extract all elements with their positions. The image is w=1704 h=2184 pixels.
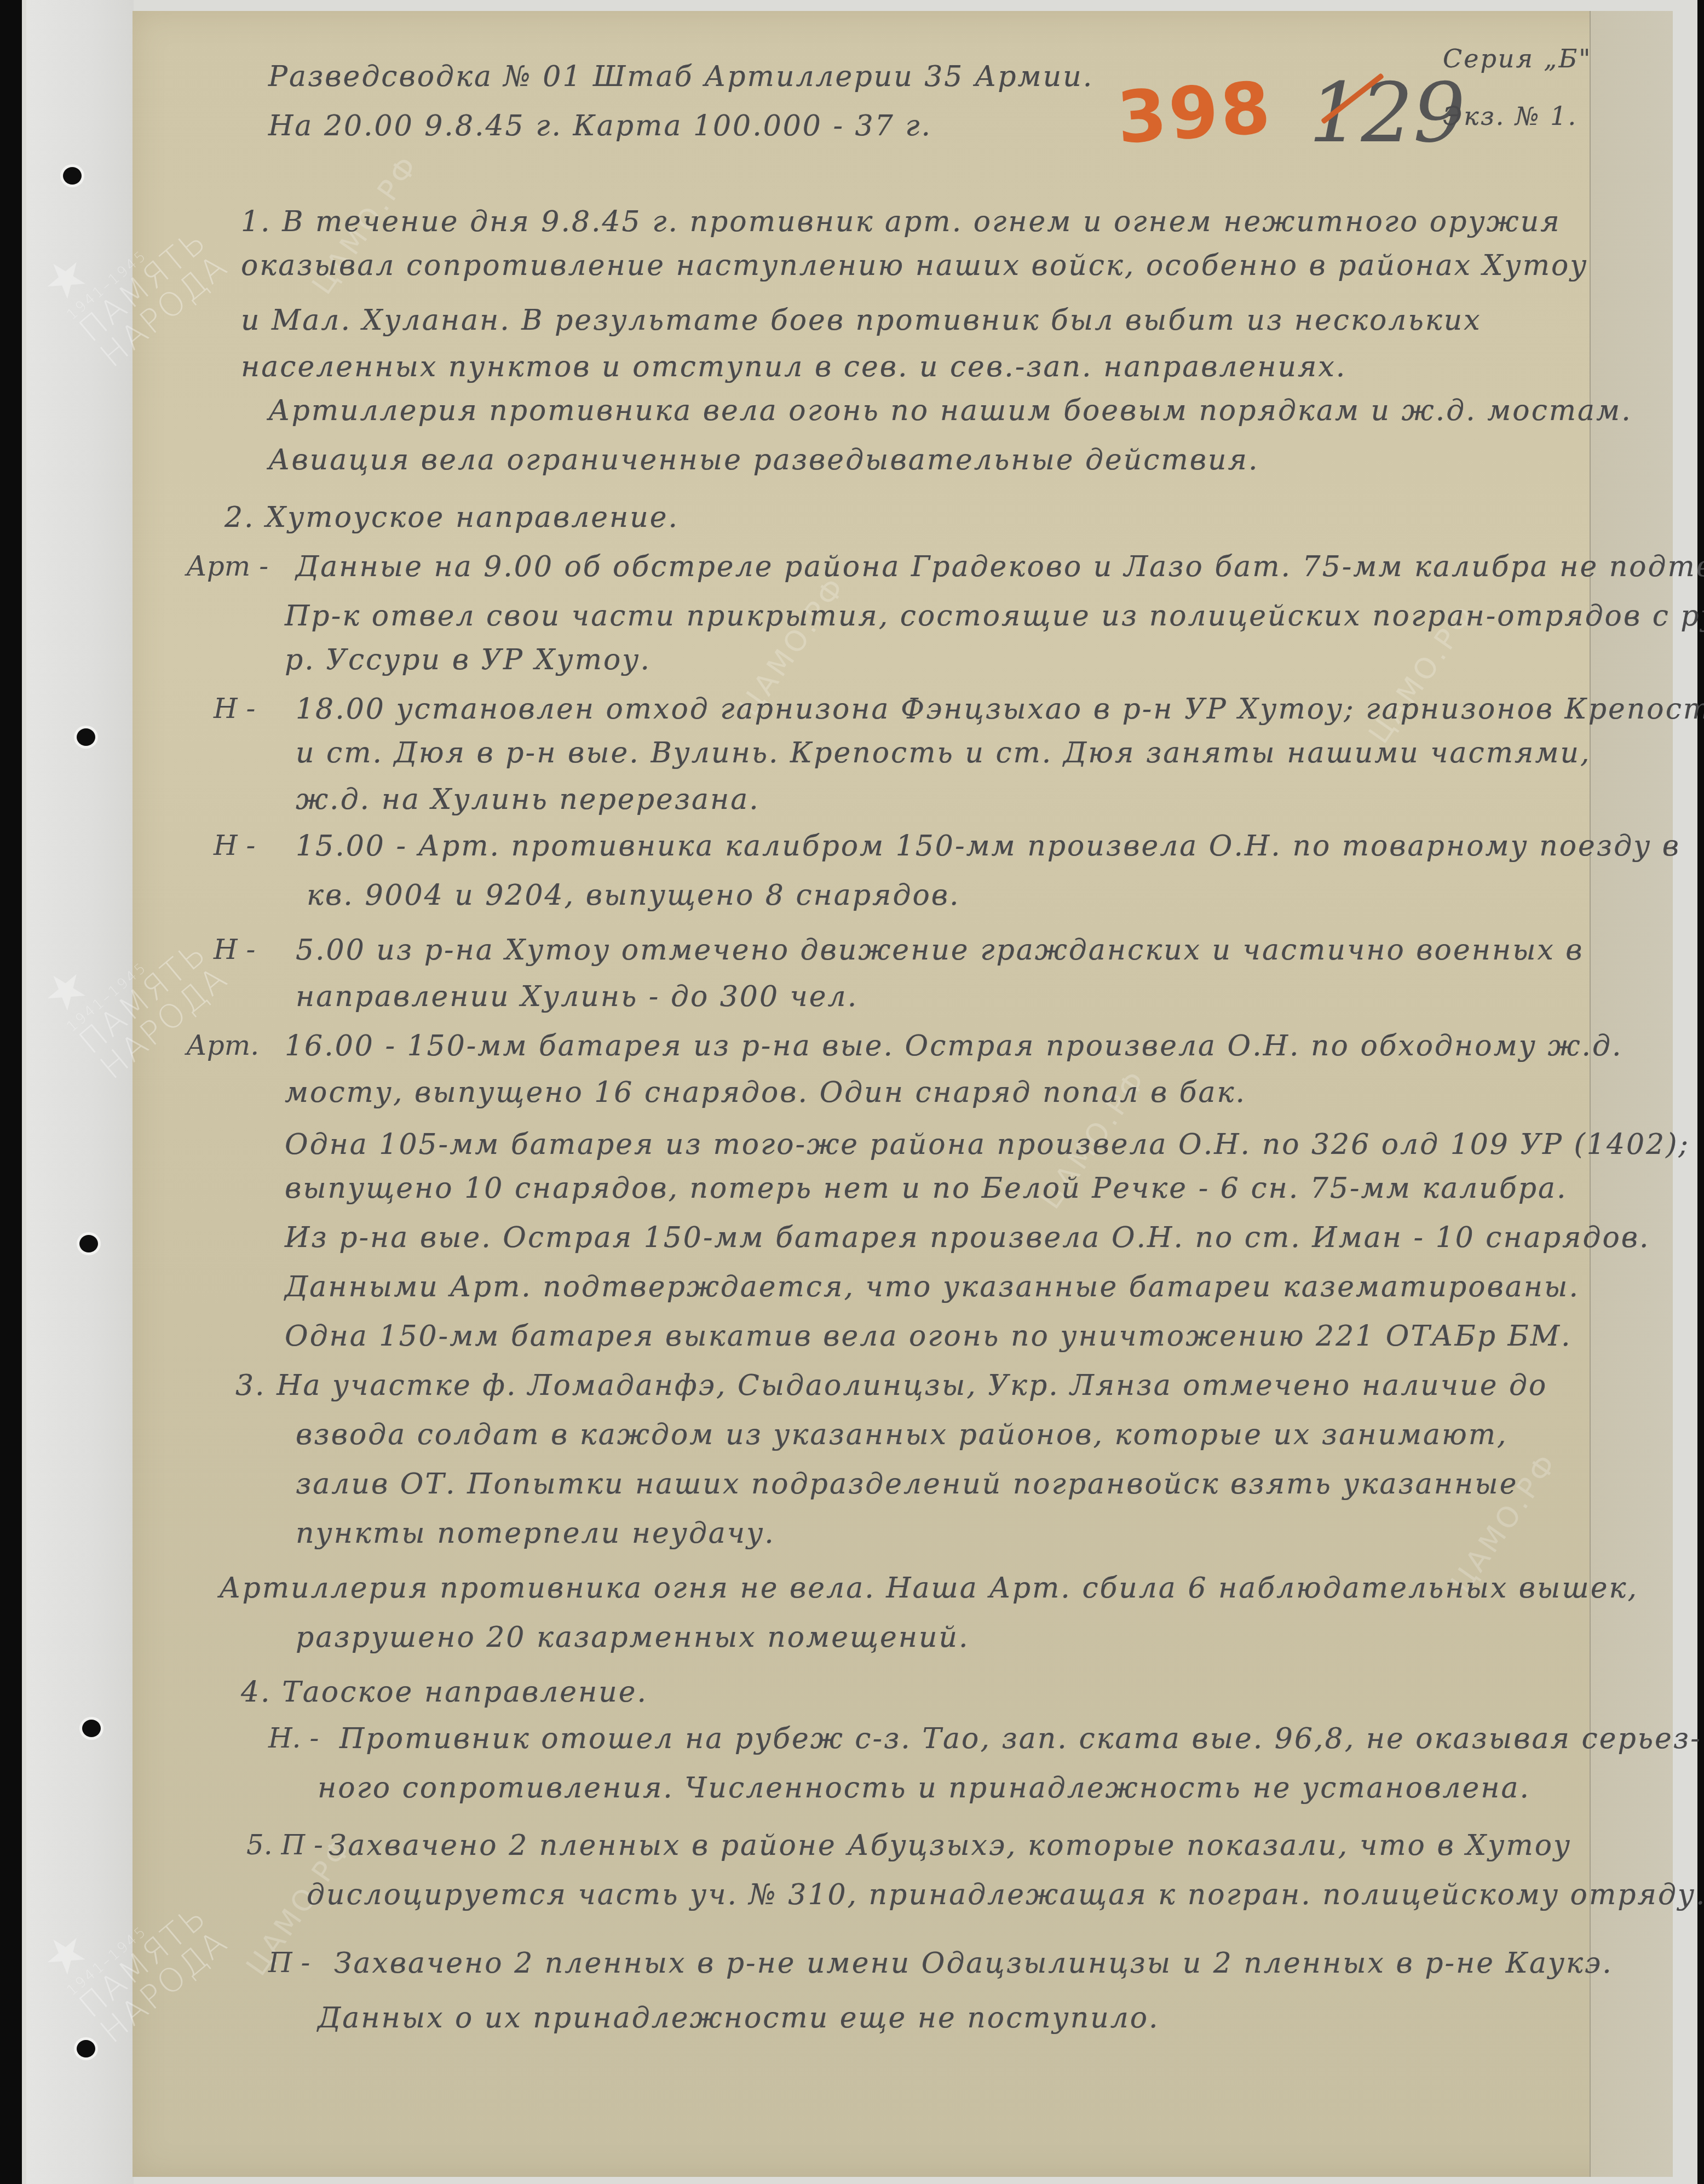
entry-line: дислоцируется часть уч. № 310, принадлеж…	[307, 1878, 1704, 1911]
entry-line: Противник отошел на рубеж с-з. Тао, зап.…	[339, 1722, 1702, 1755]
entry-marker: 5. П -	[246, 1829, 323, 1861]
entry-line: Данные на 9.00 об обстреле района Градек…	[296, 550, 1704, 583]
s1-line: 1. В течение дня 9.8.45 г. противник арт…	[241, 205, 1561, 238]
punch-hole	[77, 2040, 95, 2057]
entry-line: и ст. Дюя в р-н вые. Вулинь. Крепость и …	[296, 737, 1591, 769]
punch-hole	[79, 1235, 98, 1252]
s3-line: пункты потерпели неудачу.	[296, 1517, 775, 1550]
s1-line: оказывал сопротивление наступлению наших…	[241, 249, 1588, 282]
s4-heading: 4. Таоское направление.	[241, 1676, 648, 1709]
s3-line: разрушено 20 казарменных помещений.	[296, 1621, 970, 1654]
entry-line: Одна 150-мм батарея выкатив вела огонь п…	[285, 1320, 1572, 1353]
punch-hole	[63, 167, 82, 185]
s1-line: Авиация вела ограниченные разведывательн…	[268, 444, 1259, 476]
entry-line: Пр-к отвел свои части прикрытия, состоящ…	[285, 600, 1704, 633]
entry-line: р. Уссури в УР Хутоу.	[285, 643, 651, 676]
entry-line: выпущено 10 снарядов, потерь нет и по Бе…	[285, 1172, 1568, 1205]
copy-number: Экз. № 1.	[1443, 101, 1578, 131]
entry-line: ного сопротивления. Численность и принад…	[318, 1772, 1530, 1804]
page-fold-edge	[1590, 11, 1673, 2177]
series-label: Серия „Б"	[1443, 44, 1592, 73]
s1-line: и Мал. Хуланан. В результате боев против…	[241, 304, 1482, 337]
entry-marker: Н -	[214, 830, 255, 861]
s1-line: Артиллерия противника вела огонь по наши…	[268, 394, 1632, 427]
punch-hole	[82, 1720, 101, 1737]
document-subtitle: На 20.00 9.8.45 г. Карта 100.000 - 37 г.	[268, 110, 932, 142]
entry-line: кв. 9004 и 9204, выпущено 8 снарядов.	[307, 879, 960, 912]
entry-line: Из р-на вые. Острая 150-мм батарея произ…	[285, 1221, 1650, 1254]
entry-line: мосту, выпущено 16 снарядов. Один снаряд…	[285, 1076, 1246, 1109]
entry-marker: П -	[268, 1947, 310, 1979]
entry-line: ж.д. на Хулинь перерезана.	[296, 783, 760, 816]
entry-line: Одна 105-мм батарея из того-же района пр…	[285, 1128, 1690, 1161]
entry-line: Захвачено 2 пленных в р-не имени Одацзыл…	[334, 1947, 1613, 1980]
entry-marker: Н -	[214, 934, 255, 965]
s2-heading: 2. Хутоуское направление.	[224, 501, 679, 534]
entry-line: 18.00 установлен отход гарнизона Фэнцзых…	[296, 693, 1704, 726]
entry-marker: Арт.	[186, 1030, 259, 1061]
s1-line: населенных пунктов и отступил в сев. и с…	[241, 350, 1346, 383]
entry-marker: Н -	[214, 693, 255, 725]
entry-line: Данных о их принадлежности еще не поступ…	[318, 2002, 1160, 2034]
s3-line: взвода солдат в каждом из указанных райо…	[296, 1418, 1508, 1451]
entry-line: 16.00 - 150-мм батарея из р-на вые. Остр…	[285, 1030, 1623, 1062]
entry-line: 15.00 - Арт. противника калибром 150-мм …	[296, 830, 1680, 863]
s3-line: 3. На участке ф. Ломаданфэ, Сыдаолинцзы,…	[235, 1369, 1547, 1402]
punch-hole	[77, 728, 95, 746]
s3-line: Артиллерия противника огня не вела. Наша…	[219, 1572, 1638, 1605]
archive-number-red: 398	[1114, 66, 1275, 159]
s3-line: залив ОТ. Попытки наших подразделений по…	[296, 1468, 1518, 1501]
entry-line: Захвачено 2 пленных в районе Абуцзыхэ, к…	[329, 1829, 1571, 1862]
entry-marker: Арт -	[186, 550, 268, 582]
entry-line: направлении Хулинь - до 300 чел.	[296, 980, 858, 1013]
document-title: Разведсводка № 01 Штаб Артиллерии 35 Арм…	[268, 60, 1093, 93]
entry-line: 5.00 из р-на Хутоу отмечено движение гра…	[296, 934, 1584, 967]
entry-marker: Н. -	[268, 1722, 319, 1754]
entry-line: Данными Арт. подтверждается, что указанн…	[285, 1271, 1580, 1303]
